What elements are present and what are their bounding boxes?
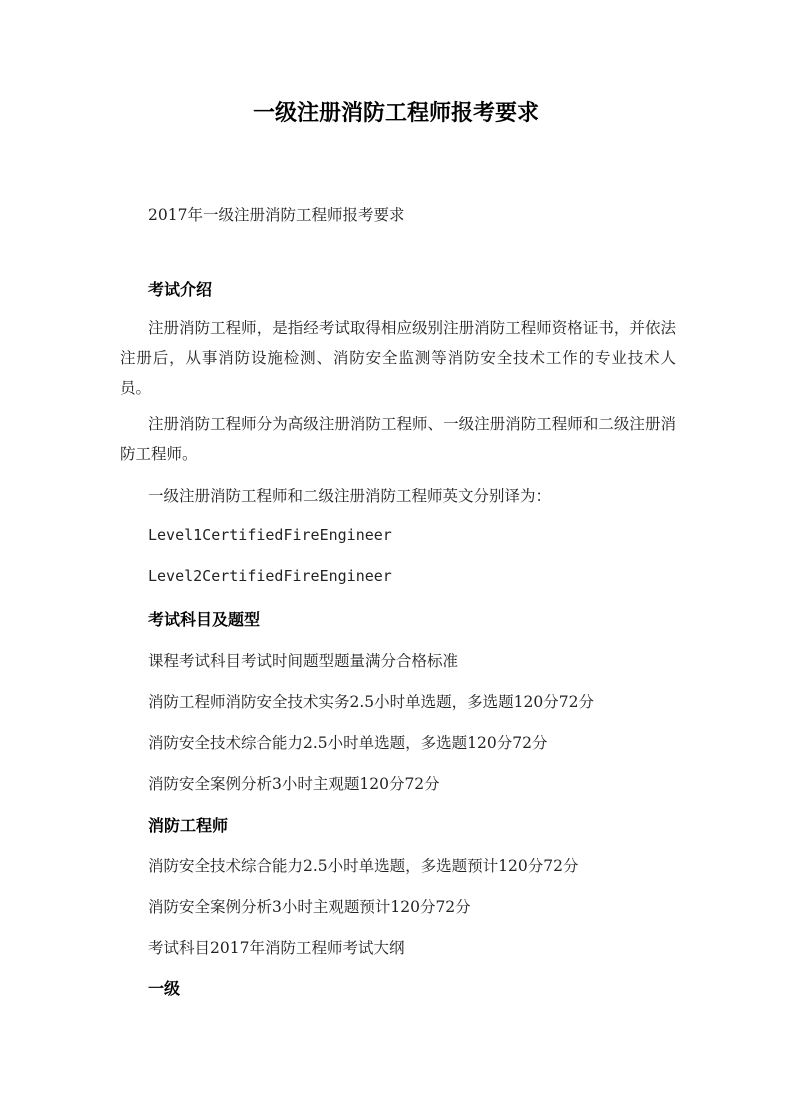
subjects-line: 消防工程师消防安全技术实务2.5小时单选题，多选题120分72分	[148, 690, 594, 712]
intro-paragraph-3: 一级注册消防工程师和二级注册消防工程师英文分别译为：	[148, 484, 551, 506]
subjects-line: 课程考试科目考试时间题型题量满分合格标准	[148, 649, 458, 671]
document-page: 一级注册消防工程师报考要求 2017年一级注册消防工程师报考要求 考试介绍 注册…	[0, 0, 792, 1120]
section-heading-level1: 一级	[148, 976, 180, 999]
english-name-level1: Level1CertifiedFireEngineer	[148, 526, 392, 544]
engineer-line: 考试科目2017年消防工程师考试大纲	[148, 936, 404, 958]
document-title: 一级注册消防工程师报考要求	[0, 96, 792, 127]
intro-paragraph-2: 注册消防工程师分为高级注册消防工程师、一级注册消防工程师和二级注册消防工程师。	[120, 409, 676, 469]
section-heading-intro: 考试介绍	[148, 277, 212, 300]
section-heading-engineer: 消防工程师	[148, 813, 228, 836]
engineer-line: 消防安全技术综合能力2.5小时单选题，多选题预计120分72分	[148, 854, 578, 876]
english-name-level2: Level2CertifiedFireEngineer	[148, 567, 392, 585]
section-heading-subjects: 考试科目及题型	[148, 607, 260, 630]
subjects-line: 消防安全案例分析3小时主观题120分72分	[148, 772, 440, 794]
document-subtitle: 2017年一级注册消防工程师报考要求	[148, 203, 404, 225]
engineer-line: 消防安全案例分析3小时主观题预计120分72分	[148, 895, 471, 917]
intro-paragraph-1: 注册消防工程师，是指经考试取得相应级别注册消防工程师资格证书，并依法注册后，从事…	[120, 313, 676, 403]
subjects-line: 消防安全技术综合能力2.5小时单选题，多选题120分72分	[148, 731, 547, 753]
